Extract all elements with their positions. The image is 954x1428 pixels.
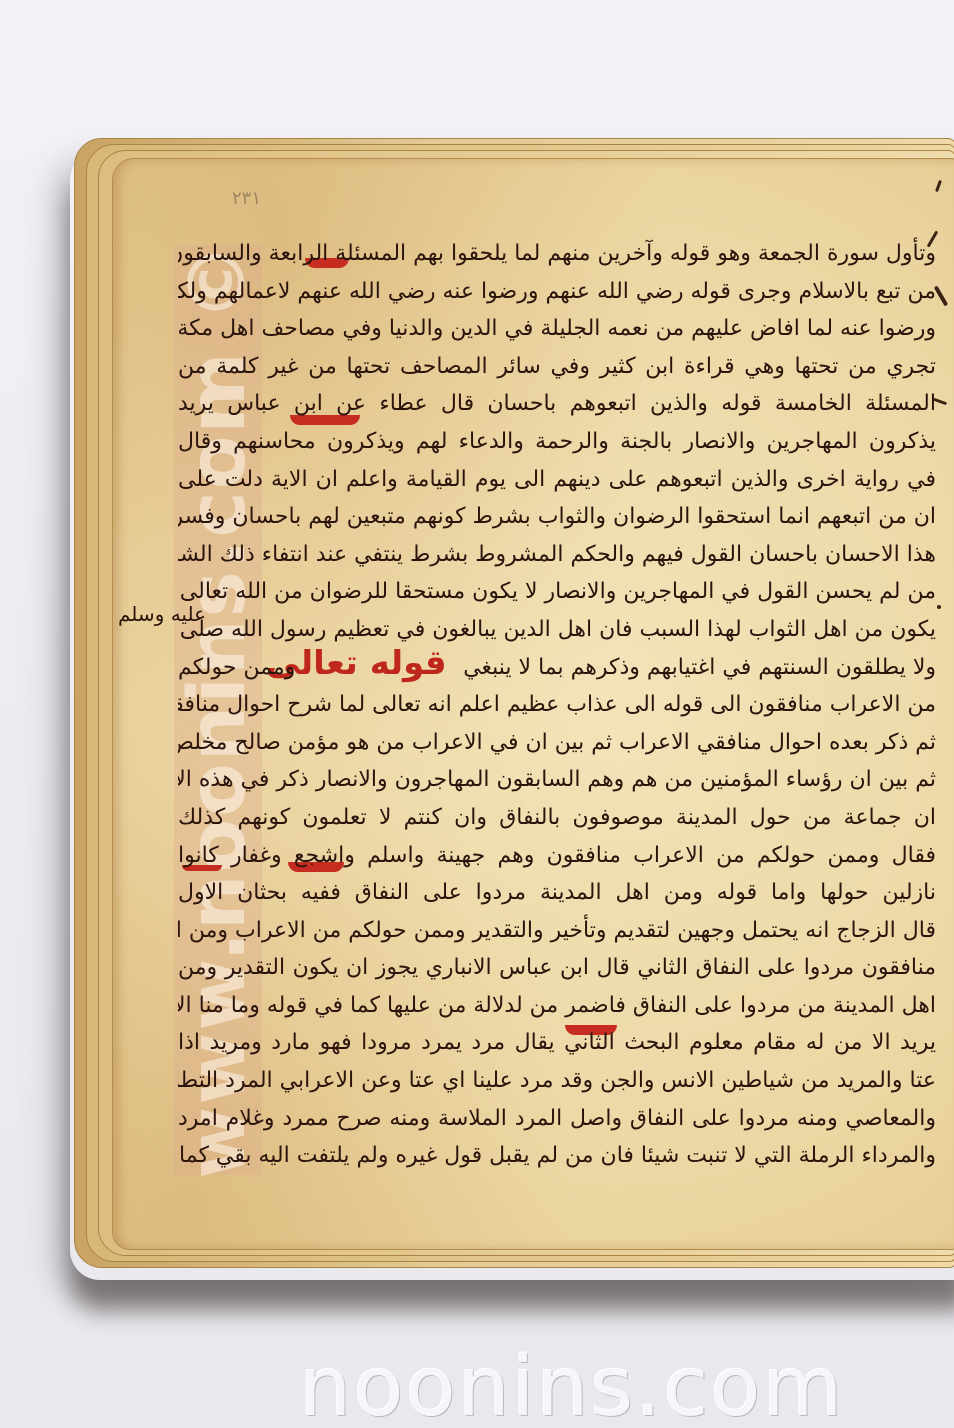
text-line: ان جماعة من حول المدينة موصوفون بالنفاق … [178,799,936,837]
text-line: تجري من تحتها وهي قراءة ابن كثير وفي سائ… [178,348,936,386]
text-line: من الاعراب منافقون الى قوله الى عذاب عظي… [178,686,936,724]
text-line: يذكرون المهاجرين والانصار بالجنة والرحمة… [178,423,936,461]
text-line: عتا والمريد من شياطين الانس والجن وقد مر… [178,1062,936,1100]
bottom-watermark: noonins.com [0,1340,954,1428]
text-line: هذا الاحسان باحسان القول فيهم والحكم الم… [178,536,936,574]
margin-note: عليه وسلم [118,602,206,626]
text-line-before-heading: ولا يطلقون السنتهم في اغتيابهم وذكرهم بم… [463,649,936,687]
text-line: ان من اتبعهم انما استحقوا الرضوان والثوا… [178,498,936,536]
folio-number: ٢٣١ [232,188,261,209]
text-line: من تبع بالاسلام وجرى قوله رضي الله عنهم … [178,273,936,311]
text-line: اهل المدينة من مردوا على النفاق فاضمر من… [178,987,936,1025]
text-line: قال الزجاج انه يحتمل وجهين لتقديم وتأخير… [178,912,936,950]
text-line: في رواية اخرى والذين اتبعوهم على دينهم ا… [178,461,936,499]
text-line: فقال وممن حولكم من الاعراب منافقون وهم ج… [178,837,936,875]
text-line: والمعاصي ومنه مردوا على النفاق واصل المر… [178,1100,936,1138]
text-line: ورضوا عنه لما افاض عليهم من نعمه الجليلة… [178,310,936,348]
text-line: ثم بين ان رؤساء المؤمنين من هم وهم الساب… [178,761,936,799]
text-line-after-heading: وممن حولكم [178,649,295,687]
text-line: ثم ذكر بعده احوال منافقي الاعراب ثم بين … [178,724,936,762]
text-line: وتأول سورة الجمعة وهو قوله وآخرين منهم ل… [178,235,936,273]
text-line: من لم يحسن القول في المهاجرين والانصار ل… [178,573,936,611]
text-line: المسئلة الخامسة قوله والذين اتبعوهم باحس… [178,385,936,423]
text-line: نازلين حولها واما قوله ومن اهل المدينة م… [178,874,936,912]
text-line: ولا يطلقون السنتهم في اغتيابهم وذكرهم بم… [178,649,936,687]
text-line: يريد الا من له مقام معلوم البحث الثاني ي… [178,1024,936,1062]
manuscript-text: وتأول سورة الجمعة وهو قوله وآخرين منهم ل… [178,235,936,1175]
text-line: يكون من اهل الثواب لهذا السبب فان اهل ال… [178,611,936,649]
text-line: والمرداء الرملة التي لا تنبت شيئا فان من… [178,1137,936,1175]
text-line: منافقون مردوا على النفاق الثاني قال ابن … [178,949,936,987]
